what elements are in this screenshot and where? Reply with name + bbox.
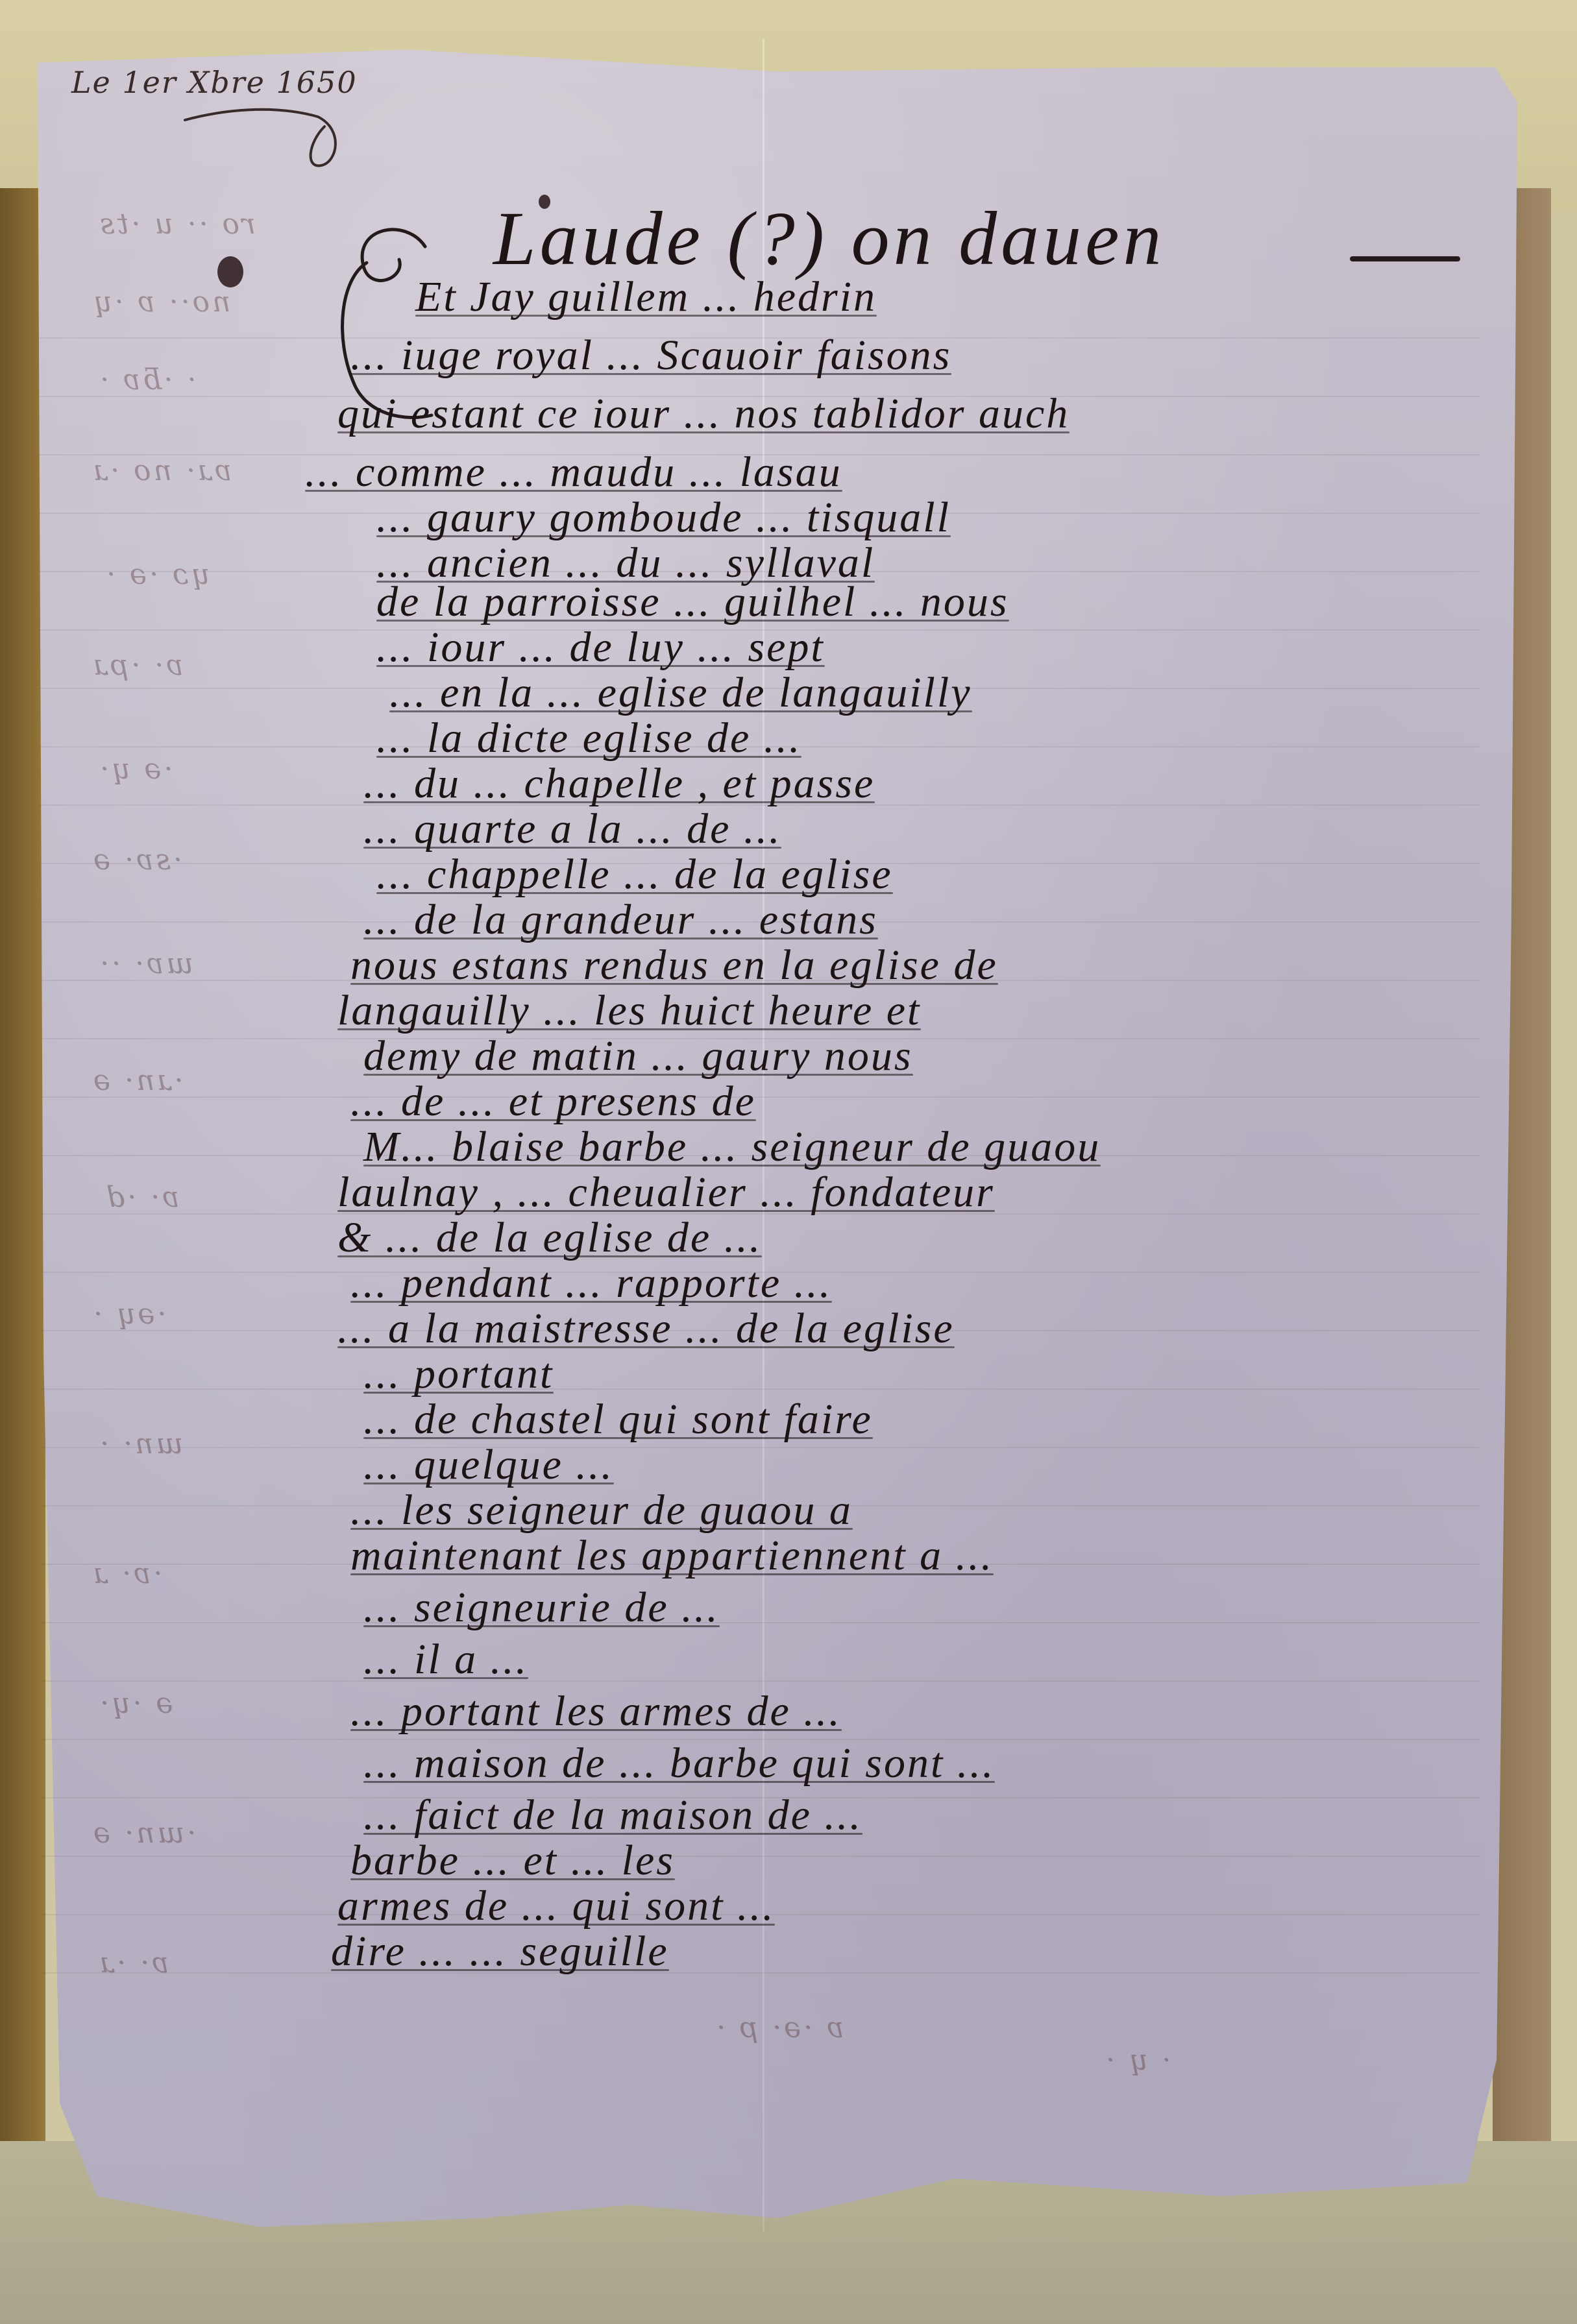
text-line: ... comme ... maudu ... lasau — [305, 448, 842, 497]
document-title: Laude (?) on dauen — [493, 195, 1165, 283]
text-line: armes de ... qui sont ... — [337, 1882, 775, 1931]
title-underline — [1350, 256, 1460, 261]
text-line: ... seigneurie de ... — [363, 1583, 720, 1632]
text-line: ... a la maistresse ... de la eglise — [337, 1304, 955, 1353]
text-line: ... il a ... — [363, 1635, 528, 1684]
text-line: M... blaise barbe ... seigneur de guaou — [363, 1122, 1101, 1172]
text-line: ... de ... et presens de — [350, 1077, 756, 1126]
ink-blot — [217, 256, 243, 287]
text-line: ... gaury gomboude ... tisquall — [376, 493, 951, 542]
text-line: ... maison de ... barbe qui sont ... — [363, 1739, 995, 1788]
text-line: ... pendant ... rapporte ... — [350, 1259, 832, 1308]
text-line: ... les seigneur de guaou a — [350, 1486, 853, 1535]
text-line: barbe ... et ... les — [350, 1836, 675, 1885]
text-line: maintenant les appartiennent a ... — [350, 1531, 994, 1580]
text-line: ... du ... chapelle , et passe — [363, 759, 875, 808]
text-line: ... chappelle ... de la eglise — [376, 850, 893, 899]
text-line: Et Jay guillem ... hedrin — [415, 272, 877, 322]
text-line: ... quarte a la ... de ... — [363, 805, 781, 854]
text-line: demy de matin ... gaury nous — [363, 1032, 913, 1081]
text-line: ... portant les armes de ... — [350, 1687, 842, 1736]
text-line: laulnay , ... cheualier ... fondateur — [337, 1168, 995, 1217]
text-line: ... en la ... eglise de langauilly — [389, 668, 972, 718]
text-line: ... faict de la maison de ... — [363, 1791, 862, 1840]
text-line: dire ... ... seguille — [331, 1927, 669, 1976]
text-line: ... la dicte eglise de ... — [376, 714, 801, 763]
text-line: ... de la grandeur ... estans — [363, 895, 878, 945]
text-line: qui estant ce iour ... nos tablidor auch — [337, 389, 1070, 439]
text-line: ... portant — [363, 1350, 554, 1399]
text-line: ... iour ... de luy ... sept — [376, 623, 825, 672]
text-line: de la parroisse ... guilhel ... nous — [376, 577, 1009, 627]
text-line: ... iuge royal ... Scauoir faisons — [350, 331, 951, 380]
text-line: ... de chastel qui sont faire — [363, 1395, 873, 1444]
ink-blot — [539, 195, 550, 209]
text-line: & ... de la eglise de ... — [337, 1213, 762, 1263]
date-annotation: Le 1er Xbre 1650 — [71, 65, 358, 100]
text-line: langauilly ... les huict heure et — [337, 986, 921, 1035]
text-line: nous estans rendus en la eglise de — [350, 941, 998, 990]
text-line: ... quelque ... — [363, 1440, 614, 1490]
flourish-ornament — [182, 104, 363, 182]
wooden-board-left — [0, 188, 45, 2148]
